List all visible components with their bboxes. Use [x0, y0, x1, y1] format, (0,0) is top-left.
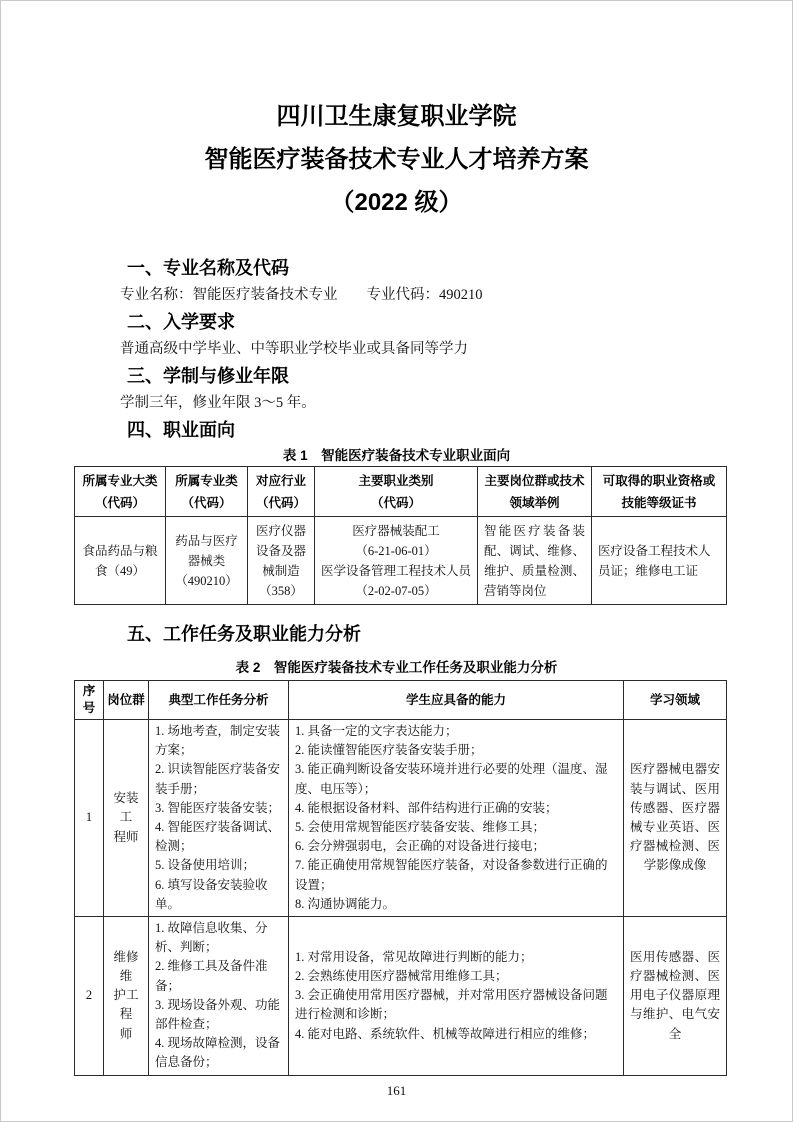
header-typical-tasks: 典型工作任务分析 [149, 681, 289, 720]
cell-post-examples: 智能医疗装备装配、调试、维修、维护、质量检测、营销等岗位 [478, 517, 592, 605]
cell-required-abilities: 1. 对常用设备，常见故障进行判断的能力； 2. 会熟练使用医疗器械常用维修工具… [289, 917, 624, 1076]
cell-learning-domain: 医用传感器、医疗器械检测、医用电子仪器原理与维护、电气安全 [624, 917, 727, 1076]
cell-post-group: 安装工 程师 [104, 720, 149, 917]
section-1-body: 专业名称：智能医疗装备技术专业 专业代码：490210 [120, 282, 792, 309]
section-5-heading: 五、工作任务及职业能力分析 [127, 621, 792, 648]
header-occupations: 主要职业类别 （代码） [315, 467, 478, 517]
header-certificates: 可取得的职业资格或 技能等级证书 [592, 467, 727, 517]
header-serial-number: 序 号 [75, 681, 104, 720]
header-industry: 对应行业 （代码） [248, 467, 315, 517]
header-required-abilities: 学生应具备的能力 [289, 681, 624, 720]
section-3-body: 学制三年，修业年限 3～5 年。 [120, 390, 792, 417]
cell-certificates: 医疗设备工程技术人员证；维修电工证 [592, 517, 727, 605]
section-2-body: 普通高级中学毕业、中等职业学校毕业或具备同等学力 [120, 336, 792, 363]
table-1-caption: 表 1 智能医疗装备技术专业职业面向 [1, 446, 792, 466]
document-page: 四川卫生康复职业学院 智能医疗装备技术专业人才培养方案 （2022 级） 一、专… [0, 0, 793, 1122]
title-line-college: 四川卫生康复职业学院 [1, 95, 792, 138]
cell-typical-tasks: 1. 场地考查，制定安装方案； 2. 识读智能医疗装备安装手册； 3. 智能医疗… [149, 720, 289, 917]
header-post-group: 岗位群 [104, 681, 149, 720]
table-1-header-row: 所属专业大类 （代码） 所属专业类 （代码） 对应行业 （代码） 主要职业类别 … [75, 467, 727, 517]
section-1-heading: 一、专业名称及代码 [127, 255, 792, 282]
table-2-row-installation-engineer: 1 安装工 程师 1. 场地考查，制定安装方案； 2. 识读智能医疗装备安装手册… [75, 720, 727, 917]
cell-industry: 医疗仪器 设备及器 械制造 （358） [248, 517, 315, 605]
cell-major-category: 食品药品与粮食（49） [75, 517, 166, 605]
header-major-class: 所属专业类 （代码） [166, 467, 248, 517]
table-1-data-row: 食品药品与粮食（49） 药品与医疗 器械类 （490210） 医疗仪器 设备及器… [75, 517, 727, 605]
header-post-examples: 主要岗位群或技术 领域举例 [478, 467, 592, 517]
cell-serial-number: 2 [75, 917, 104, 1076]
cell-post-group: 维修维 护工程 师 [104, 917, 149, 1076]
section-2-heading: 二、入学要求 [127, 309, 792, 336]
cell-typical-tasks: 1. 故障信息收集、分析、判断； 2. 维修工具及备件准备； 3. 现场设备外观… [149, 917, 289, 1076]
table-2-row-maintenance-engineer: 2 维修维 护工程 师 1. 故障信息收集、分析、判断； 2. 维修工具及备件准… [75, 917, 727, 1076]
cell-required-abilities: 1. 具备一定的文字表达能力； 2. 能读懂智能医疗装备安装手册； 3. 能正确… [289, 720, 624, 917]
title-line-program: 智能医疗装备技术专业人才培养方案 [1, 138, 792, 181]
document-title: 四川卫生康复职业学院 智能医疗装备技术专业人才培养方案 （2022 级） [1, 1, 792, 224]
cell-occupations: 医疗器械装配工 （6-21-06-01） 医学设备管理工程技术人员 （2-02-… [315, 517, 478, 605]
section-4-heading: 四、职业面向 [127, 417, 792, 444]
table-2-caption: 表 2 智能医疗装备技术专业工作任务及职业能力分析 [1, 658, 792, 678]
cell-learning-domain: 医疗器械电器安装与调试、医用传感器、医疗器械专业英语、医疗器械检测、医学影像成像 [624, 720, 727, 917]
cell-major-class: 药品与医疗 器械类 （490210） [166, 517, 248, 605]
cell-serial-number: 1 [75, 720, 104, 917]
occupation-orientation-table: 所属专业大类 （代码） 所属专业类 （代码） 对应行业 （代码） 主要职业类别 … [74, 466, 727, 605]
table-2-header-row: 序 号 岗位群 典型工作任务分析 学生应具备的能力 学习领域 [75, 681, 727, 720]
section-3-heading: 三、学制与修业年限 [127, 363, 792, 390]
title-line-cohort: （2022 级） [1, 181, 792, 224]
header-major-category: 所属专业大类 （代码） [75, 467, 166, 517]
header-learning-domain: 学习领域 [624, 681, 727, 720]
page-number: 161 [1, 1083, 792, 1099]
work-task-ability-table: 序 号 岗位群 典型工作任务分析 学生应具备的能力 学习领域 1 安装工 程师 … [74, 680, 727, 1076]
